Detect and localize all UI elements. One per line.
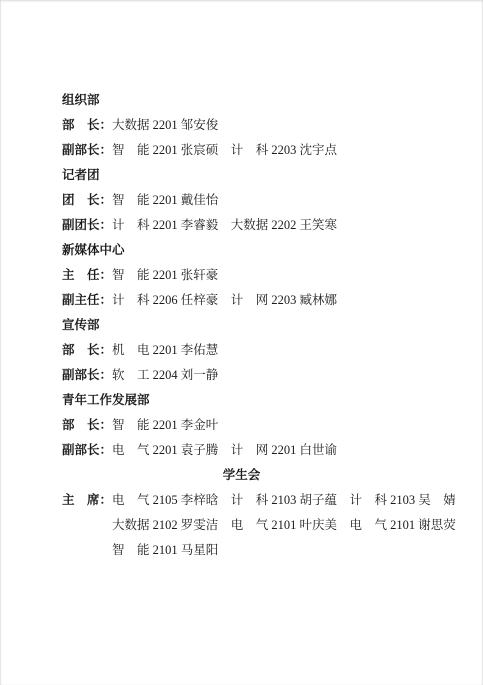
entry-row: 副部长： 软 工 2204 刘一静: [62, 363, 445, 388]
section-heading: 宣传部: [62, 313, 445, 338]
section-publicity-dept: 宣传部 部 长： 机 电 2201 李佑慧 副部长： 软 工 2204 刘一静: [62, 313, 445, 388]
section-new-media-center: 新媒体中心 主 任： 智 能 2201 张轩豪 副主任： 计 科 2206 任梓…: [62, 238, 445, 313]
section-heading: 青年工作发展部: [62, 388, 445, 413]
member-lines: 电 气 2201 袁子腾 计 网 2201 白世谕: [112, 438, 445, 463]
entry-row: 部 长： 大数据 2201 邹安俊: [62, 113, 445, 138]
member-line: 电 气 2201 袁子腾 计 网 2201 白世谕: [112, 438, 445, 463]
entry-row: 副部长： 电 气 2201 袁子腾 计 网 2201 白世谕: [62, 438, 445, 463]
member-lines: 智 能 2201 李金叶: [112, 413, 445, 438]
member-line: 智 能 2201 李金叶: [112, 413, 445, 438]
member-lines: 计 科 2201 李睿毅 大数据 2202 王笑寒: [112, 213, 445, 238]
entry-row: 副部长： 智 能 2201 张宸硕 计 科 2203 沈宇点: [62, 138, 445, 163]
position-label: 部 长：: [62, 338, 112, 363]
entry-row: 副团长： 计 科 2201 李睿毅 大数据 2202 王笑寒: [62, 213, 445, 238]
entry-row: 团 长： 智 能 2201 戴佳怡: [62, 188, 445, 213]
member-lines: 机 电 2201 李佑慧: [112, 338, 445, 363]
member-lines: 计 科 2206 任梓豪 计 网 2203 臧林娜: [112, 288, 445, 313]
section-heading: 组织部: [62, 88, 445, 113]
member-line: 计 科 2201 李睿毅 大数据 2202 王笑寒: [112, 213, 445, 238]
entry-row: 副主任： 计 科 2206 任梓豪 计 网 2203 臧林娜: [62, 288, 445, 313]
position-label: 副主任：: [62, 288, 112, 313]
document-page: 组织部 部 长： 大数据 2201 邹安俊 副部长： 智 能 2201 张宸硕 …: [0, 0, 483, 685]
member-line: 机 电 2201 李佑慧: [112, 338, 445, 363]
member-line: 智 能 2201 张轩豪: [112, 263, 445, 288]
member-line: 电 气 2105 李梓晗 计 科 2103 胡子蕴 计 科 2103 吴 婧: [112, 488, 445, 513]
section-journalist-group: 记者团 团 长： 智 能 2201 戴佳怡 副团长： 计 科 2201 李睿毅 …: [62, 163, 445, 238]
entry-row: 主 任： 智 能 2201 张轩豪: [62, 263, 445, 288]
member-lines: 智 能 2201 戴佳怡: [112, 188, 445, 213]
entry-row: 部 长： 机 电 2201 李佑慧: [62, 338, 445, 363]
member-lines: 软 工 2204 刘一静: [112, 363, 445, 388]
member-line: 智 能 2201 张宸硕 计 科 2203 沈宇点: [112, 138, 445, 163]
section-heading: 记者团: [62, 163, 445, 188]
position-label: 副团长：: [62, 213, 112, 238]
section-youth-work-dept: 青年工作发展部 部 长： 智 能 2201 李金叶 副部长： 电 气 2201 …: [62, 388, 445, 463]
position-label: 副部长：: [62, 138, 112, 163]
entry-row: 主 席： 电 气 2105 李梓晗 计 科 2103 胡子蕴 计 科 2103 …: [62, 488, 445, 563]
member-line: 智 能 2201 戴佳怡: [112, 188, 445, 213]
member-lines: 智 能 2201 张宸硕 计 科 2203 沈宇点: [112, 138, 445, 163]
member-line: 软 工 2204 刘一静: [112, 363, 445, 388]
member-line: 大数据 2102 罗雯洁 电 气 2101 叶庆美 电 气 2101 谢思荧: [112, 513, 445, 538]
section-heading: 新媒体中心: [62, 238, 445, 263]
position-label: 副部长：: [62, 363, 112, 388]
member-lines: 大数据 2201 邹安俊: [112, 113, 445, 138]
member-lines: 电 气 2105 李梓晗 计 科 2103 胡子蕴 计 科 2103 吴 婧 大…: [112, 488, 445, 563]
member-lines: 智 能 2201 张轩豪: [112, 263, 445, 288]
position-label: 团 长：: [62, 188, 112, 213]
member-line: 大数据 2201 邹安俊: [112, 113, 445, 138]
entry-row: 部 长： 智 能 2201 李金叶: [62, 413, 445, 438]
position-label: 副部长：: [62, 438, 112, 463]
section-student-union: 学生会 主 席： 电 气 2105 李梓晗 计 科 2103 胡子蕴 计 科 2…: [62, 463, 445, 563]
section-heading: 学生会: [0, 463, 483, 488]
section-organization-dept: 组织部 部 长： 大数据 2201 邹安俊 副部长： 智 能 2201 张宸硕 …: [62, 88, 445, 163]
member-line: 计 科 2206 任梓豪 计 网 2203 臧林娜: [112, 288, 445, 313]
position-label: 主 席：: [62, 488, 112, 513]
position-label: 部 长：: [62, 413, 112, 438]
member-line: 智 能 2101 马星阳: [112, 538, 445, 563]
position-label: 主 任：: [62, 263, 112, 288]
position-label: 部 长：: [62, 113, 112, 138]
